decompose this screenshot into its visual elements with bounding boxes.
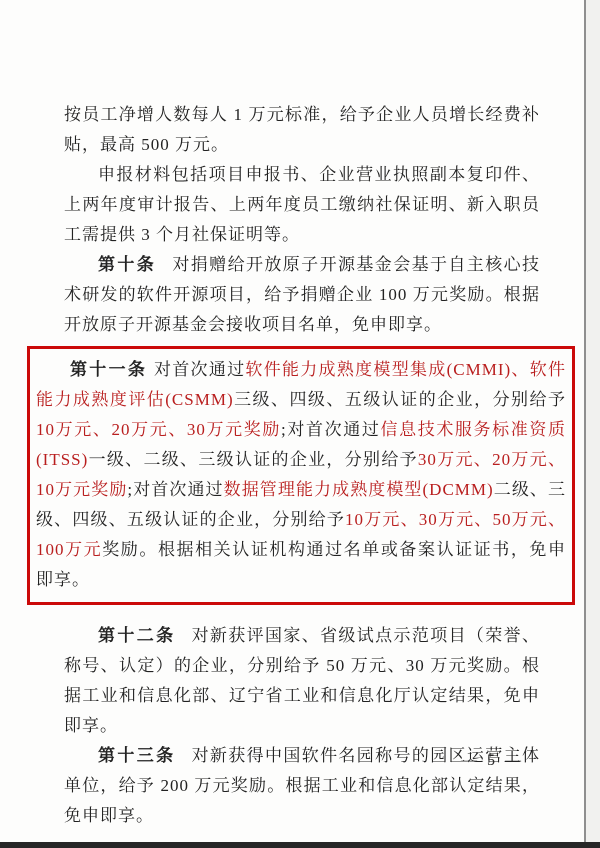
body-text: ;对首次通过 bbox=[281, 420, 380, 439]
page-bottom-edge bbox=[0, 842, 600, 848]
article-11-label: 第十一条 bbox=[70, 360, 147, 379]
paragraph-application-materials: 申报材料包括项目申报书、企业营业执照副本复印件、上两年度审计报告、上两年度员工缴… bbox=[64, 160, 540, 250]
article-12: 第十二条对新获评国家、省级试点示范项目（荣誉、称号、认定）的企业，分别给予 50… bbox=[64, 621, 540, 741]
document-page: 按员工净增人数每人 1 万元标准，给予企业人员增长经费补贴，最高 500 万元。… bbox=[0, 0, 600, 848]
body-text: 一级、二级、三级认证的企业，分别给予 bbox=[88, 450, 418, 469]
red-highlight-text-csmm-amounts: 10万元、20万元、30万元奖励 bbox=[36, 420, 281, 439]
body-text: ;对首次通过 bbox=[127, 480, 223, 499]
article-11-highlight-box: 第十一条对首次通过软件能力成熟度模型集成(CMMI)、软件能力成熟度评估(CSM… bbox=[27, 346, 575, 605]
page-edge-shadow bbox=[586, 0, 600, 848]
article-10-label: 第十条 bbox=[98, 255, 156, 274]
red-highlight-text-dcmm: 数据管理能力成熟度模型(DCMM) bbox=[224, 480, 494, 499]
body-text: 申报材料包括项目申报书、企业营业执照副本复印件、上两年度审计报告、上两年度员工缴… bbox=[64, 165, 540, 244]
article-10: 第十条对捐赠给开放原子开源基金会基于自主核心技术研发的软件开源项目，给予捐赠企业… bbox=[64, 250, 540, 340]
page-content: 按员工净增人数每人 1 万元标准，给予企业人员增长经费补贴，最高 500 万元。… bbox=[0, 0, 600, 831]
body-text: 按员工净增人数每人 1 万元标准，给予企业人员增长经费补贴，最高 500 万元。 bbox=[64, 105, 540, 154]
body-text: 三级、四级、五级认证的企业，分别给予 bbox=[234, 390, 566, 409]
article-13-label: 第十三条 bbox=[98, 746, 175, 765]
article-12-label: 第十二条 bbox=[98, 626, 175, 645]
paragraph-subsidy-continuation: 按员工净增人数每人 1 万元标准，给予企业人员增长经费补贴，最高 500 万元。 bbox=[64, 100, 540, 160]
page-number: — 5 — bbox=[461, 752, 524, 770]
article-11: 第十一条对首次通过软件能力成熟度模型集成(CMMI)、软件能力成熟度评估(CSM… bbox=[36, 355, 566, 595]
body-text: 奖励。根据相关认证机构通过名单或备案认证证书，免申即享。 bbox=[36, 540, 566, 589]
body-text: 对首次通过 bbox=[154, 360, 245, 379]
